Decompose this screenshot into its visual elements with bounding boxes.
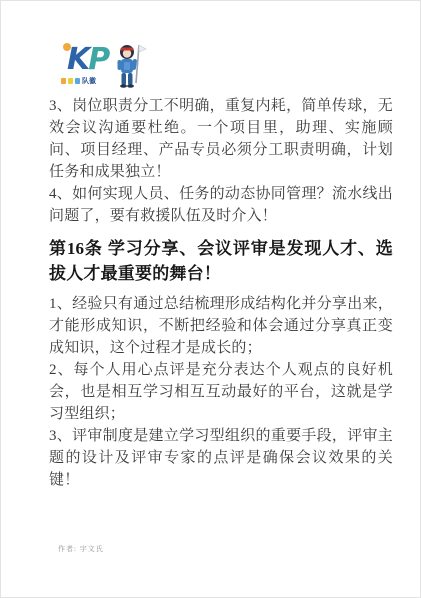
logo-subtext: 队徽 bbox=[82, 76, 96, 86]
document-page: KP 队徽 bbox=[0, 0, 421, 598]
paragraph-item-3: 3、岗位职责分工不明确，重复内耗，简单传球，无效会议沟通要杜绝。一个项目里，助理… bbox=[49, 95, 393, 183]
logo-subtext-row: 队徽 bbox=[61, 77, 96, 85]
paragraph-item-4: 4、如何实现人员、任务的动态协同管理？流水线出问题了，要有救援队伍及时介入！ bbox=[49, 183, 393, 227]
paragraph-item-5: 3、评审制度是建立学习型组织的重要手段，评审主题的设计及评审专家的点评是确保会议… bbox=[49, 425, 393, 491]
footer-note: 作者: 宇文氏 bbox=[58, 544, 104, 554]
logo-text: KP bbox=[67, 45, 108, 75]
logo: KP 队徽 bbox=[59, 43, 145, 93]
paragraph-item-2: 2、每个人用心点评是充分表达个人观点的良好机会，也是相互学习相互互动最好的平台，… bbox=[49, 359, 393, 425]
logo-letter-k: K bbox=[67, 42, 88, 77]
paragraph-item-1: 1、经验只有通过总结梳理形成结构化并分享出来，才能形成知识，不断把经验和体会通过… bbox=[49, 293, 393, 359]
logo-subtext-mark bbox=[68, 78, 73, 84]
logo-letter-p: P bbox=[88, 42, 108, 77]
logo-subtext-mark bbox=[61, 78, 66, 84]
section-heading: 第16条 学习分享、会议评审是发现人才、选拔人才最重要的舞台！ bbox=[49, 236, 393, 286]
logo-subtext-mark bbox=[75, 78, 80, 84]
document-body: 3、岗位职责分工不明确，重复内耗，简单传球，无效会议沟通要杜绝。一个项目里，助理… bbox=[49, 95, 393, 491]
mascot-icon bbox=[115, 43, 147, 94]
